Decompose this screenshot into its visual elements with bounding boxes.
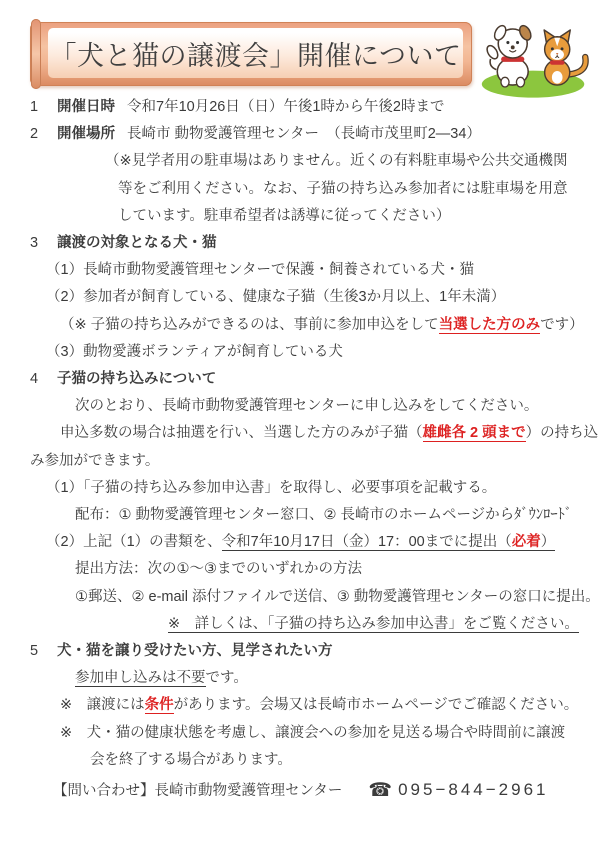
title-banner: 「犬と猫の譲渡会」開催について [30, 22, 472, 86]
note-text: です） [540, 317, 584, 333]
submit-options-line: ①郵送、② e-mail 添付ファイルで送信、③ 動物愛護管理センターの窓口に提… [75, 584, 600, 611]
section-number: 3 [30, 230, 57, 257]
item-label: 開催日時 [57, 99, 115, 115]
section-title: 子猫の持ち込みについて [57, 371, 216, 387]
lottery-line-2: み参加ができます。 [30, 448, 600, 475]
deadline-line: （2）上記（1）の書類を、令和7年10月17日（金）17：00までに提出（必着） [46, 529, 600, 556]
application-instruction-line: 次のとおり、長崎市動物愛護管理センターに申し込みをしてください。 [75, 393, 600, 420]
section3-item3: （3）動物愛護ボランティアが飼育している犬 [46, 339, 600, 366]
note-text: （※ 子猫の持ち込みができるのは、事前に参加申込をして [60, 317, 439, 333]
conditions-text: ※ 譲渡には [60, 697, 145, 713]
conditions-text: があります。会場又は長崎市ホームページでご確認ください。 [174, 697, 579, 713]
document-page: 「犬と猫の譲渡会」開催について [0, 0, 600, 849]
conditions-note-line: ※ 譲渡には条件があります。会場又は長崎市ホームページでご確認ください。 [60, 692, 600, 719]
dog-and-cat-icon [476, 16, 592, 100]
winners-only-highlight: 当選した方のみ [439, 317, 541, 334]
section3-item1: （1）長崎市動物愛護管理センターで保護・飼養されている犬・猫 [46, 257, 600, 284]
lottery-text: ）の持ち込 [526, 425, 599, 441]
phone-block: ☎095−844−2961 [368, 783, 548, 799]
conditions-highlight: 条件 [145, 697, 174, 714]
section-title: 犬・猫を譲り受けたい方、見学されたい方 [57, 643, 333, 659]
deadline-underline: 令和7年10月17日（金）17：00までに提出（必着） [222, 534, 556, 551]
item-value: 令和7年10月26日（日）午後1時から午後2時まで [127, 99, 444, 115]
health-note-line-1: ※ 犬・猫の健康状態を考慮し、譲渡会への参加を見送る場合や時間前に譲渡 [60, 720, 600, 747]
item-number: 2 [30, 121, 57, 148]
lottery-text: 申込多数の場合は抽選を行い、当選した方のみが子猫（ [60, 425, 423, 441]
must-arrive-highlight: 必着 [512, 534, 541, 550]
dog-and-cat-illustration [476, 16, 592, 105]
banner-scroll-fold [31, 19, 41, 89]
deadline-date: 令和7年10月17日（金）17：00までに提出（ [222, 534, 512, 550]
no-application-underline: 参加申し込みは不要 [75, 670, 206, 687]
details-note-line: ※ 詳しくは、「子猫の持ち込み参加申込書」をご覧ください。 [168, 611, 600, 638]
section3-kitten-note: （※ 子猫の持ち込みができるのは、事前に参加申込をして当選した方のみです） [60, 312, 600, 339]
section-number: 4 [30, 366, 57, 393]
details-note-underline: ※ 詳しくは、「子猫の持ち込み参加申込書」をご覧ください。 [168, 616, 579, 633]
health-note-line-2: 会を終了する場合があります。 [90, 747, 600, 774]
phone-number: 095−844−2961 [398, 780, 548, 799]
section4-heading: 4子猫の持ち込みについて [30, 366, 600, 393]
head-limit-highlight: 雄雌各 2 頭まで [423, 425, 526, 442]
deadline-text: （2）上記（1）の書類を、 [46, 534, 222, 550]
parking-note-line-1: （※見学者用の駐車場はありません。近くの有料駐車場や公共交通機関 [105, 148, 600, 175]
section-title: 譲渡の対象となる犬・猫 [57, 235, 217, 251]
page-title: 「犬と猫の譲渡会」開催について [50, 34, 462, 73]
section3-item2: （2）参加者が飼育している、健康な子猫（生後3か月以上、1年未満） [46, 284, 600, 311]
contact-line: 【問い合わせ】長崎市動物愛護管理センター☎095−844−2961 [53, 776, 600, 805]
no-application-line: 参加申し込みは不要です。 [75, 665, 600, 692]
contact-label: 【問い合わせ】長崎市動物愛護管理センター [53, 783, 342, 799]
document-body: 1開催日時令和7年10月26日（日）午後1時から午後2時まで 2開催場所長崎市 … [0, 88, 600, 805]
event-location-line: 2開催場所長崎市 動物愛護管理センター （長崎市茂里町2―34） [30, 121, 600, 148]
form-acquire-line: （1）「子猫の持ち込み参加申込書」を取得し、必要事項を記載する。 [46, 475, 600, 502]
item-number: 1 [30, 94, 57, 121]
deadline-close: ） [541, 534, 556, 550]
lottery-line-1: 申込多数の場合は抽選を行い、当選した方のみが子猫（雄雌各 2 頭まで）の持ち込 [60, 420, 600, 447]
item-value: 長崎市 動物愛護管理センター （長崎市茂里町2―34） [127, 126, 481, 142]
parking-note-line-3: しています。駐車希望者は誘導に従ってください） [118, 203, 600, 230]
submit-method-line: 提出方法：次の①～③までのいずれかの方法 [75, 556, 600, 583]
section-number: 5 [30, 638, 57, 665]
form-distribution-line: 配布：① 動物愛護管理センター窓口、② 長崎市のホームページからﾀﾞｳﾝﾛｰﾄﾞ [75, 502, 600, 529]
telephone-icon: ☎ [368, 780, 392, 801]
section3-heading: 3譲渡の対象となる犬・猫 [30, 230, 600, 257]
header: 「犬と猫の譲渡会」開催について [0, 0, 600, 88]
parking-note-line-2: 等をご利用ください。なお、子猫の持ち込み参加者には駐車場を用意 [118, 176, 600, 203]
banner-inner-panel: 「犬と猫の譲渡会」開催について [48, 28, 463, 78]
no-application-rest: です。 [206, 670, 248, 686]
item-label: 開催場所 [57, 126, 115, 142]
section5-heading: 5犬・猫を譲り受けたい方、見学されたい方 [30, 638, 600, 665]
